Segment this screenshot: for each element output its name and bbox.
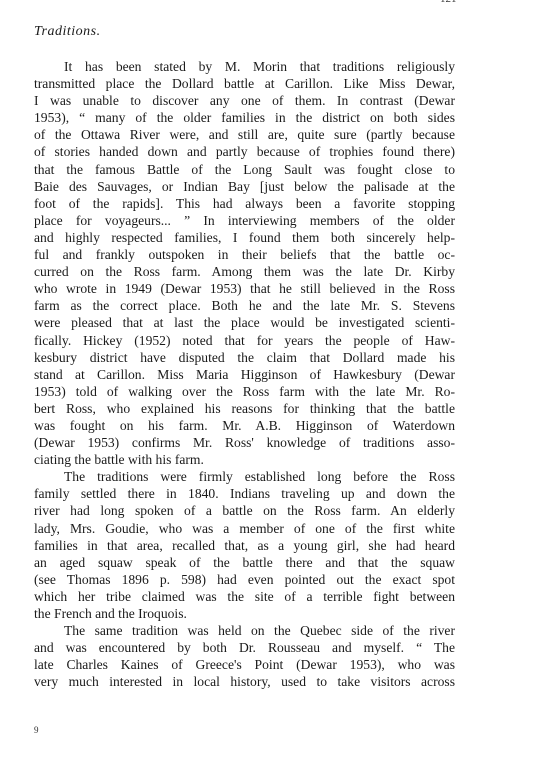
text-line: The traditions were firmly established l… <box>34 468 455 485</box>
text-line: foot of the rapids]. This had always bee… <box>34 195 455 212</box>
text-line: that the famous Battle of the Long Sault… <box>34 161 455 178</box>
text-line: an aged squaw speak of the battle there … <box>34 554 455 571</box>
text-line: The same tradition was held on the Quebe… <box>34 622 455 639</box>
text-line: was fought on his farm. Mr. A.B. Higgins… <box>34 417 455 434</box>
text-line: late Charles Kaines of Greece's Point (D… <box>34 656 455 673</box>
text-line: transmitted place the Dollard battle at … <box>34 75 455 92</box>
text-line: It has been stated by M. Morin that trad… <box>34 58 455 75</box>
text-line: of the Ottawa River were, and still are,… <box>34 126 455 143</box>
paragraph: The same tradition was held on the Quebe… <box>34 622 455 690</box>
paragraph: It has been stated by M. Morin that trad… <box>34 58 455 468</box>
text-line: farm as the correct place. Both he and t… <box>34 297 455 314</box>
text-line: (Dewar 1953) confirms Mr. Ross' knowledg… <box>34 434 455 451</box>
text-line: Baie des Sauvages, or Indian Bay [just b… <box>34 178 455 195</box>
text-line: place for voyageurs... ” In interviewing… <box>34 212 455 229</box>
text-line: family settled there in 1840. Indians tr… <box>34 485 455 502</box>
text-line: river had long spoken of a battle on the… <box>34 502 455 519</box>
text-line: bert Ross, who explained his reasons for… <box>34 400 455 417</box>
text-line: (see Thomas 1896 p. 598) had even pointe… <box>34 571 455 588</box>
text-line: were pleased that at last the place woul… <box>34 314 455 331</box>
folio-number: 9 <box>34 725 39 735</box>
text-line: the French and the Iroquois. <box>34 605 455 622</box>
text-line: ful and frankly outspoken in their belie… <box>34 246 455 263</box>
text-line: I was unable to discover any one of them… <box>34 92 455 109</box>
text-line: and highly respected families, I found t… <box>34 229 455 246</box>
text-line: who wrote in 1949 (Dewar 1953) that he s… <box>34 280 455 297</box>
text-line: 1953) told of walking over the Ross farm… <box>34 383 455 400</box>
text-line: 1953), “ many of the older families in t… <box>34 109 455 126</box>
text-line: families in that area, recalled that, as… <box>34 537 455 554</box>
body-text: It has been stated by M. Morin that trad… <box>34 58 455 690</box>
text-line: of stories handed down and partly becaus… <box>34 143 455 160</box>
text-line: lady, Mrs. Goudie, who was a member of o… <box>34 520 455 537</box>
text-line: ciating the battle with his farm. <box>34 451 455 468</box>
page-number-top: 121 <box>440 0 457 5</box>
text-line: curred on the Ross farm. Among them was … <box>34 263 455 280</box>
section-heading: Traditions. <box>34 24 101 40</box>
text-line: fically. Hickey (1952) noted that for ye… <box>34 332 455 349</box>
text-line: stand at Carillon. Miss Maria Higginson … <box>34 366 455 383</box>
text-line: kesbury district have disputed the claim… <box>34 349 455 366</box>
text-line: which her tribe claimed was the site of … <box>34 588 455 605</box>
text-line: and was encountered by both Dr. Rousseau… <box>34 639 455 656</box>
paragraph: The traditions were firmly established l… <box>34 468 455 622</box>
text-line: very much interested in local history, u… <box>34 673 455 690</box>
